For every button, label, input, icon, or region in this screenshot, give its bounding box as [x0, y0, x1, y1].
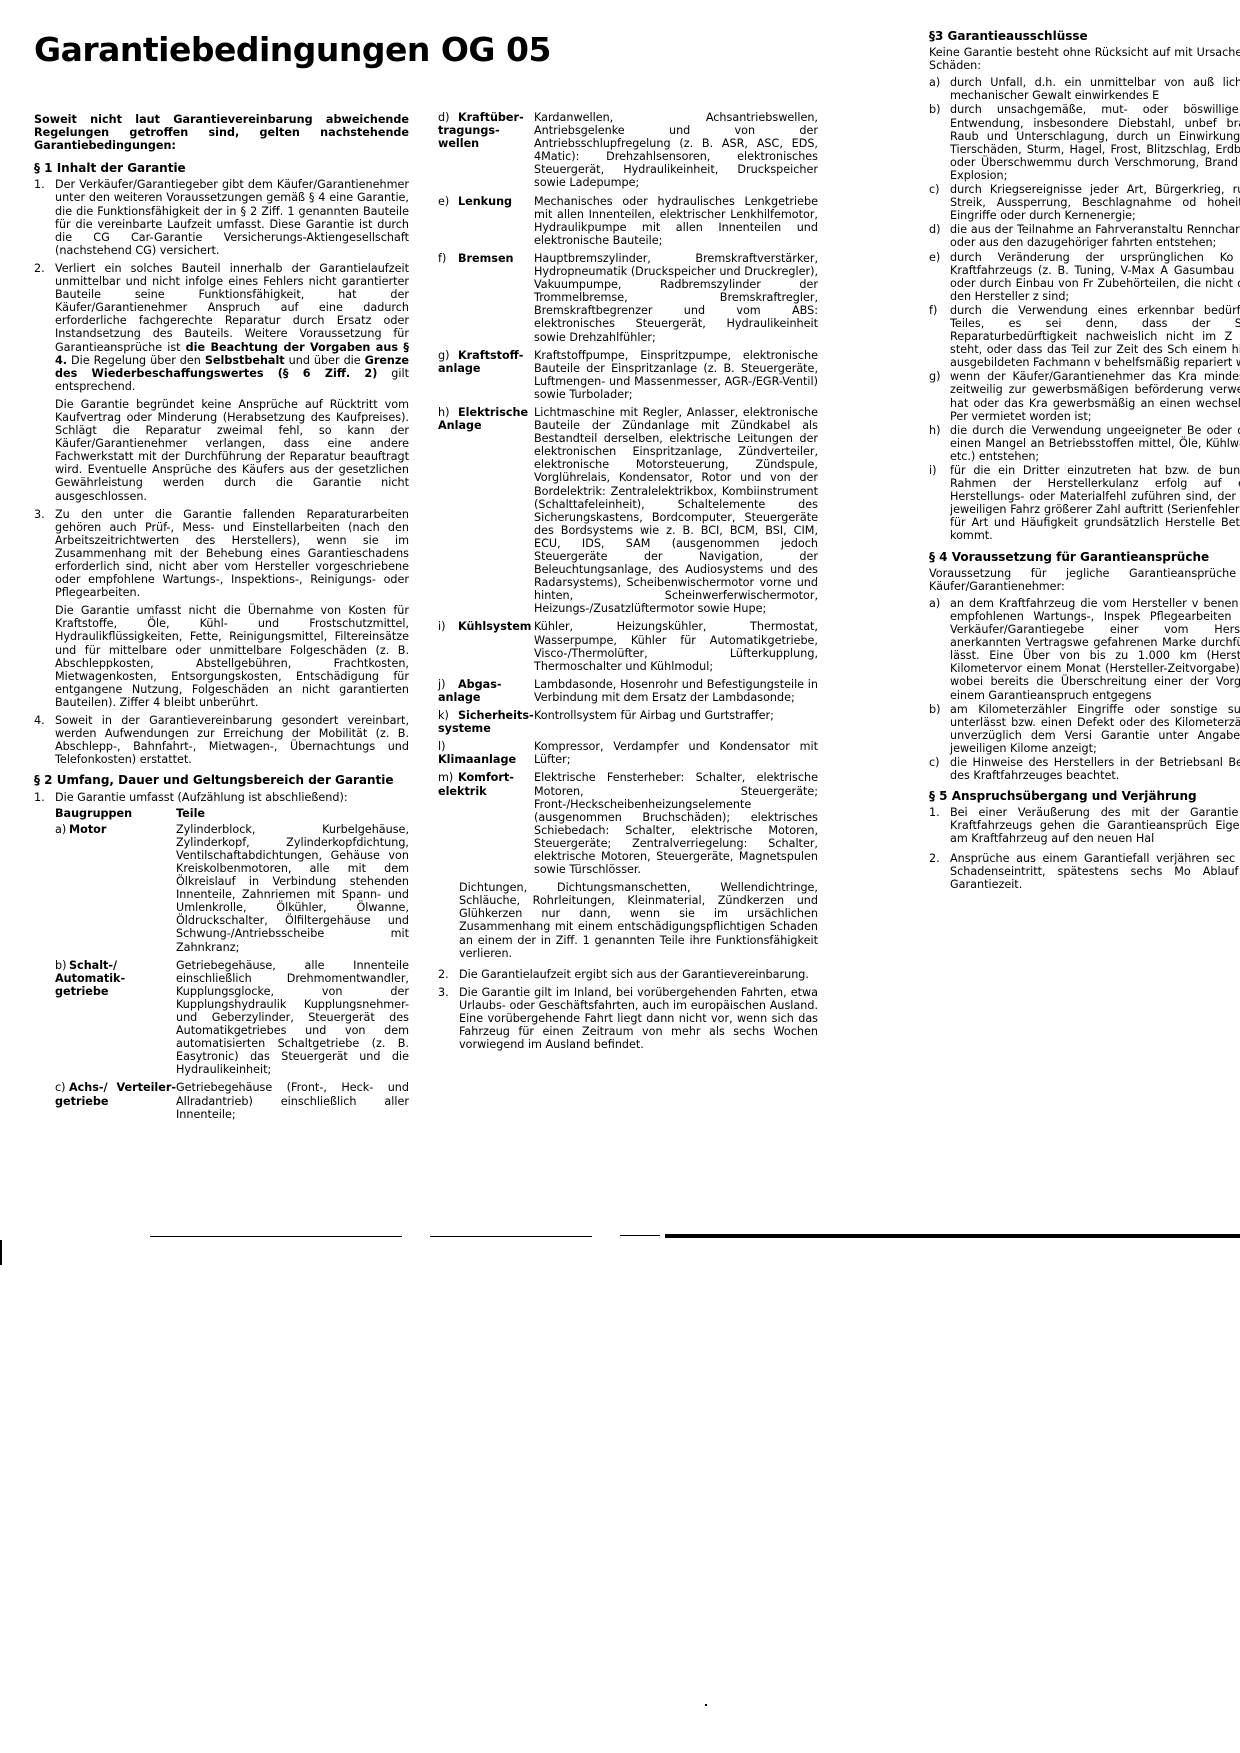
s1-item-2: 2. Verliert ein solches Bauteil innerhal…: [34, 262, 409, 503]
group-parts: Kühler, Heizungskühler, Thermostat, Wass…: [534, 620, 818, 672]
header-baugruppen: Baugruppen: [55, 807, 176, 820]
group-parts: Lichtmaschine mit Regler, Anlasser, elek…: [534, 406, 818, 616]
item-text: für die ein Dritter einzutreten hat bzw.…: [950, 464, 1240, 543]
component-row-klimaanlage: l)Klimaanlage Kompressor, Verdampfer und…: [438, 740, 818, 766]
item-letter: i): [929, 464, 950, 543]
item-letter: b): [929, 703, 950, 755]
component-row-elektrische-anlage: h)Elektrische Anlage Lichtmaschine mit R…: [438, 406, 818, 616]
item-letter: f): [929, 304, 950, 369]
row-letter: e): [438, 195, 458, 208]
item-letter: b): [929, 103, 950, 182]
bottom-rule-right: [665, 1234, 1240, 1238]
group-parts: Kraftstoffpumpe, Einspritzpumpe, elektro…: [534, 349, 818, 401]
bold-run: Selbstbehalt: [205, 354, 285, 367]
group-parts: Lambdasonde, Hosenrohr und Befestigungst…: [534, 678, 818, 704]
row-letter: g): [438, 349, 458, 362]
crop-mark: [0, 1240, 2, 1265]
component-row-abgasanlage: j)Abgas-anlage Lambdasonde, Hosenrohr un…: [438, 678, 818, 704]
s3-item-b: b)durch unsachgemäße, mut- oder böswilli…: [929, 103, 1240, 182]
row-letter: f): [438, 252, 458, 265]
section-1-heading: § 1 Inhalt der Garantie: [34, 162, 409, 175]
text-run: und über die: [285, 354, 365, 367]
item-number: 3.: [438, 986, 459, 1051]
group-parts: Kompressor, Verdampfer und Kondensator m…: [534, 740, 818, 766]
item-text: durch Unfall, d.h. ein unmittelbar von a…: [950, 76, 1240, 102]
item-number: 2.: [929, 852, 950, 891]
component-row-motor: a)Motor Zylinderblock, Kurbelgehäuse, Zy…: [55, 823, 409, 954]
s2-item-1: 1. Die Garantie umfasst (Aufzählung ist …: [34, 791, 409, 804]
item-paragraph: Die Garantie umfasst nicht die Übernahme…: [55, 604, 409, 709]
item-letter: c): [929, 183, 950, 222]
row-letter: m): [438, 771, 458, 784]
s1-item-4: 4. Soweit in der Garantievereinbarung ge…: [34, 714, 409, 766]
component-row-lenkung: e)Lenkung Mechanisches oder hydraulische…: [438, 195, 818, 247]
row-letter: l): [438, 740, 458, 753]
s1-item-3: 3. Zu den unter die Garantie fallenden R…: [34, 508, 409, 709]
item-letter: d): [929, 223, 950, 249]
group-name: Bremsen: [458, 252, 514, 265]
s3-item-a: a)durch Unfall, d.h. ein unmittelbar von…: [929, 76, 1240, 102]
s3-item-d: d)die aus der Teilnahme an Fahrveranstal…: [929, 223, 1240, 249]
group-parts: Getriebegehäuse, alle Innenteile einschl…: [176, 959, 409, 1077]
group-parts: Zylinderblock, Kurbelgehäuse, Zylinderko…: [176, 823, 409, 954]
item-paragraph: Verliert ein solches Bauteil innerhalb d…: [55, 262, 409, 393]
group-parts: Kontrollsystem für Airbag und Gurtstraff…: [534, 709, 818, 735]
s3-item-c: c)durch Kriegsereignisse jeder Art, Bürg…: [929, 183, 1240, 222]
components-table-header: Baugruppen Teile: [55, 807, 409, 820]
item-text: durch unsachgemäße, mut- oder böswillige…: [950, 103, 1240, 182]
row-letter: h): [438, 406, 458, 419]
item-number: 1.: [34, 791, 55, 804]
s3-item-i: i)für die ein Dritter einzutreten hat bz…: [929, 464, 1240, 543]
row-letter: a): [55, 823, 69, 836]
item-text: Die Garantie umfasst (Aufzählung ist abs…: [55, 791, 409, 804]
s2-item-3: 3. Die Garantie gilt im Inland, bei vorü…: [438, 986, 818, 1051]
row-letter: k): [438, 709, 458, 722]
column-right: §3 Garantieausschlüsse Keine Garantie be…: [929, 30, 1240, 892]
item-paragraph: Zu den unter die Garantie fallenden Repa…: [55, 508, 409, 600]
item-text: durch die Verwendung eines erkennbar bed…: [950, 304, 1240, 369]
item-letter: c): [929, 756, 950, 782]
item-text: die durch die Verwendung ungeeigneter Be…: [950, 424, 1240, 463]
item-text: die aus der Teilnahme an Fahrveranstaltu…: [950, 223, 1240, 249]
s4-item-b: b)am Kilometerzähler Eingriffe oder sons…: [929, 703, 1240, 755]
section-2-heading: § 2 Umfang, Dauer und Geltungsbereich de…: [34, 774, 409, 787]
s4-item-c: c)die Hinweise des Herstellers in der Be…: [929, 756, 1240, 782]
bottom-rule-mid: [430, 1236, 592, 1237]
item-text: an dem Kraftfahrzeug die vom Hersteller …: [950, 597, 1240, 702]
group-name: Motor: [69, 823, 106, 836]
row-letter: d): [438, 111, 458, 124]
s3-item-g: g)wenn der Käufer/Garantienehmer das Kra…: [929, 370, 1240, 422]
item-letter: h): [929, 424, 950, 463]
group-parts: Hauptbremszylinder, Bremskraftverstärker…: [534, 252, 818, 344]
section-4-intro: Voraussetzung für jegliche Garantieanspr…: [929, 567, 1240, 593]
s3-item-e: e)durch Veränderung der ursprünglichen K…: [929, 251, 1240, 303]
item-text: Der Verkäufer/Garantiegeber gibt dem Käu…: [55, 178, 409, 257]
group-name: Kühlsystem: [458, 620, 531, 633]
s2-item-2: 2. Die Garantielaufzeit ergibt sich aus …: [438, 968, 818, 981]
intro-paragraph: Soweit nicht laut Garantievereinbarung a…: [34, 113, 409, 152]
group-parts: Kardanwellen, Achsantriebswellen, Antrie…: [534, 111, 818, 190]
item-text: Die Garantielaufzeit ergibt sich aus der…: [459, 968, 818, 981]
section-4-heading: § 4 Voraussetzung für Garantieansprüche: [929, 551, 1240, 564]
item-text: die Hinweise des Herstellers in der Betr…: [950, 756, 1240, 782]
s5-item-1: 1.Bei einer Veräußerung des mit der Gara…: [929, 806, 1240, 845]
s1-item-1: 1. Der Verkäufer/Garantiegeber gibt dem …: [34, 178, 409, 257]
row-letter: j): [438, 678, 458, 691]
item-text: wenn der Käufer/Garantienehmer das Kra m…: [950, 370, 1240, 422]
item-number: 3.: [34, 508, 55, 709]
group-name: Achs-/ Verteiler-getriebe: [55, 1081, 176, 1107]
item-text: am Kilometerzähler Eingriffe oder sonsti…: [950, 703, 1240, 755]
section-5-heading: § 5 Anspruchsübergang und Verjährung: [929, 790, 1240, 803]
item-letter: a): [929, 76, 950, 102]
item-paragraph: Die Garantie begründet keine Ansprüche a…: [55, 398, 409, 503]
section-3-heading: §3 Garantieausschlüsse: [929, 30, 1240, 43]
item-text: durch Veränderung der ursprünglichen Ko …: [950, 251, 1240, 303]
seals-note: Dichtungen, Dichtungsmanschetten, Wellen…: [459, 881, 818, 960]
scan-speck: [705, 1704, 707, 1706]
item-number: 2.: [438, 968, 459, 981]
text-run: Die Regelung über den: [67, 354, 205, 367]
header-teile: Teile: [176, 807, 205, 820]
s4-item-a: a)an dem Kraftfahrzeug die vom Herstelle…: [929, 597, 1240, 702]
group-parts: Getriebegehäuse (Front-, Heck- und Allra…: [176, 1081, 409, 1120]
s5-item-2: 2.Ansprüche aus einem Garantiefall verjä…: [929, 852, 1240, 891]
item-text: Ansprüche aus einem Garantiefall verjähr…: [950, 852, 1240, 891]
item-letter: g): [929, 370, 950, 422]
group-name: Lenkung: [458, 195, 512, 208]
item-letter: e): [929, 251, 950, 303]
item-text: durch Kriegsereignisse jeder Art, Bürger…: [950, 183, 1240, 222]
item-number: 2.: [34, 262, 55, 503]
item-text: Soweit in der Garantievereinbarung geson…: [55, 714, 409, 766]
component-row-getriebe: b)Schalt-/ Automatik-getriebe Getriebege…: [55, 959, 409, 1077]
group-name: Klimaanlage: [438, 753, 516, 766]
item-number: 1.: [34, 178, 55, 257]
component-row-kraftstoffanlage: g)Kraftstoff-anlage Kraftstoffpumpe, Ein…: [438, 349, 818, 401]
item-text: Bei einer Veräußerung des mit der Garant…: [950, 806, 1240, 845]
row-letter: c): [55, 1081, 69, 1094]
component-row-kuehlsystem: i)Kühlsystem Kühler, Heizungskühler, The…: [438, 620, 818, 672]
component-row-sicherheitssysteme: k)Sicherheits-systeme Kontrollsystem für…: [438, 709, 818, 735]
column-left: Soweit nicht laut Garantievereinbarung a…: [34, 113, 409, 1126]
s3-item-f: f)durch die Verwendung eines erkennbar b…: [929, 304, 1240, 369]
component-row-komfortelektrik: m)Komfort-elektrik Elektrische Fensterhe…: [438, 771, 818, 876]
bottom-rule-mid2: [620, 1235, 660, 1236]
s3-item-h: h)die durch die Verwendung ungeeigneter …: [929, 424, 1240, 463]
item-number: 1.: [929, 806, 950, 845]
component-row-achsgetriebe: c)Achs-/ Verteiler-getriebe Getriebegehä…: [55, 1081, 409, 1120]
row-letter: b): [55, 959, 69, 972]
component-row-bremsen: f)Bremsen Hauptbremszylinder, Bremskraft…: [438, 252, 818, 344]
item-letter: a): [929, 597, 950, 702]
group-parts: Mechanisches oder hydraulisches Lenkgetr…: [534, 195, 818, 247]
component-row-kraftuebertragung: d)Kraftüber-tragungs-wellen Kardanwellen…: [438, 111, 818, 190]
item-number: 4.: [34, 714, 55, 766]
section-3-intro: Keine Garantie besteht ohne Rücksicht au…: [929, 46, 1240, 72]
group-parts: Elektrische Fensterheber: Schalter, elek…: [534, 771, 818, 876]
item-text: Die Garantie gilt im Inland, bei vorüber…: [459, 986, 818, 1051]
row-letter: i): [438, 620, 458, 633]
column-middle: d)Kraftüber-tragungs-wellen Kardanwellen…: [438, 111, 818, 1056]
document-title: Garantiebedingungen OG 05: [34, 30, 551, 69]
bottom-rule-left: [150, 1236, 402, 1237]
